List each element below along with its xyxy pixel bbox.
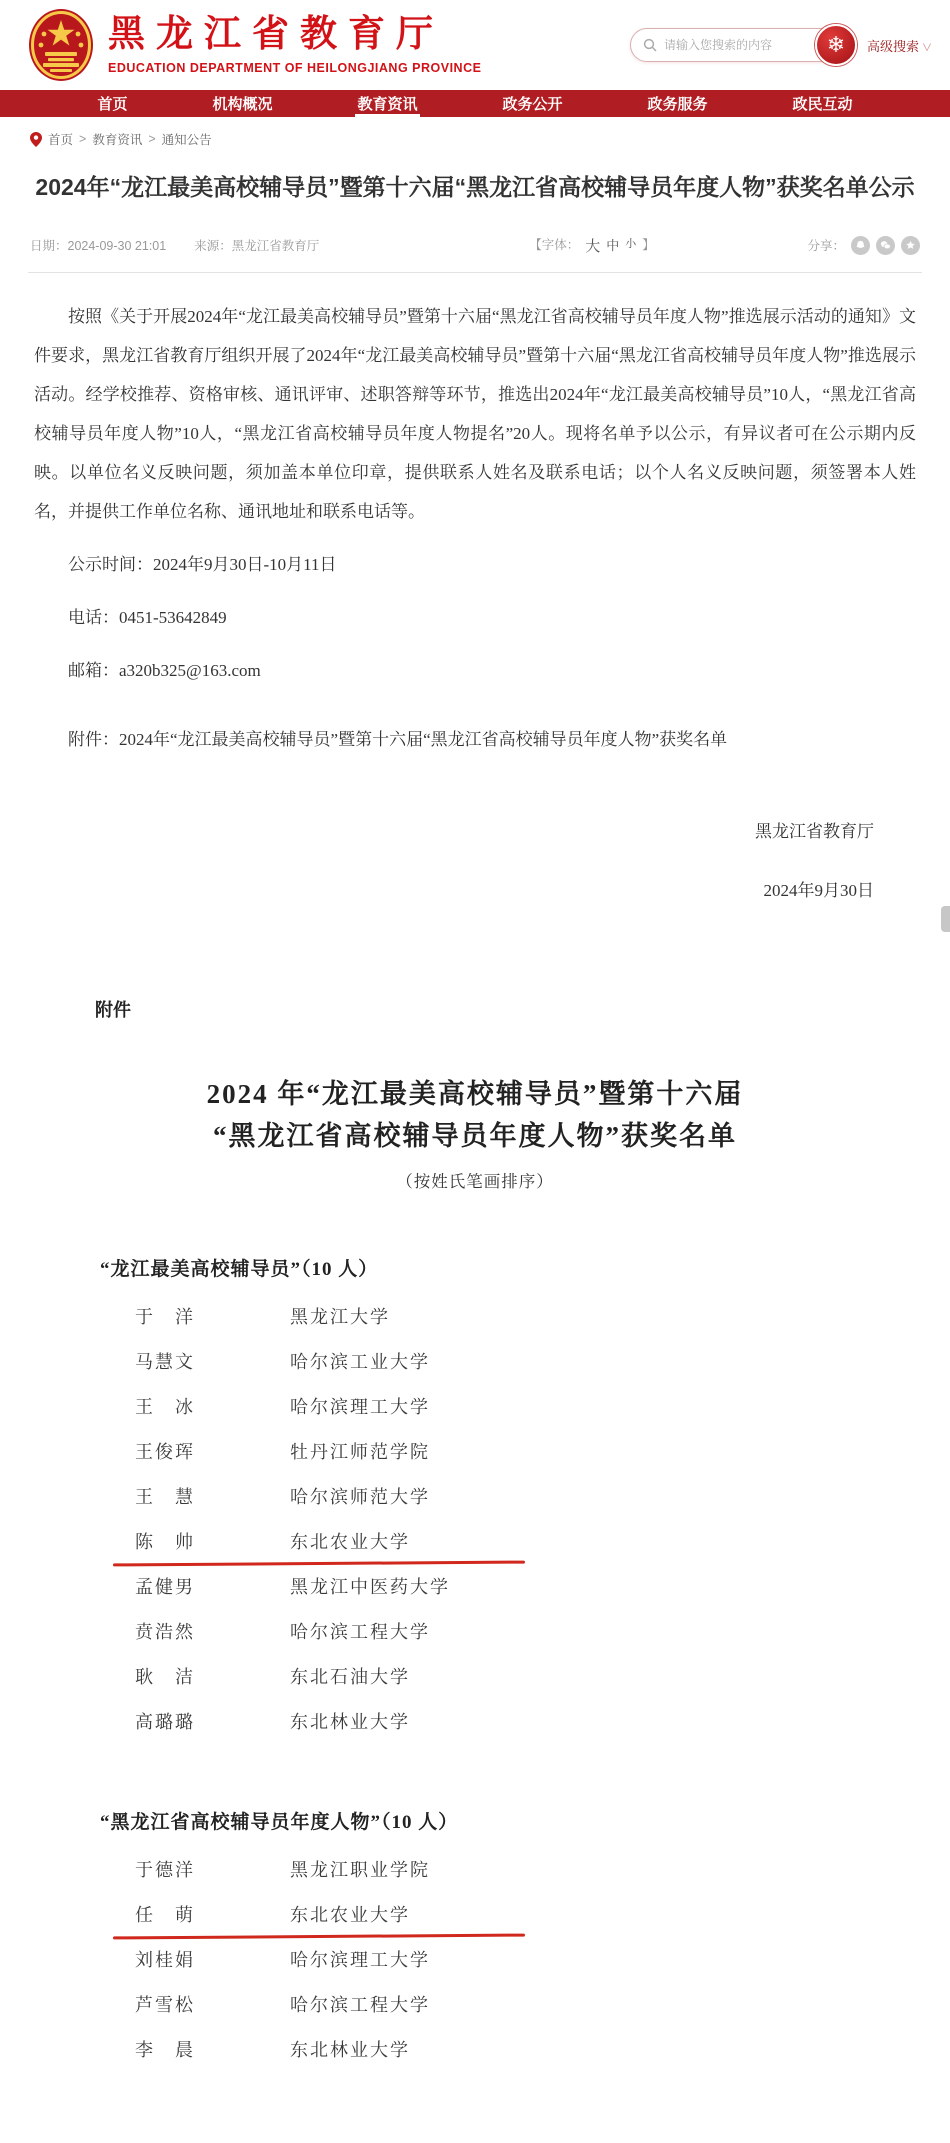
award-row: 于 洋黑龙江大学 bbox=[135, 1295, 950, 1340]
document-title-line1: 2024 年“龙江最美高校辅导员”暨第十六届 bbox=[0, 1074, 950, 1116]
article-source: 来源：黑龙江省教育厅 bbox=[194, 236, 319, 254]
award-row: 耿 洁东北石油大学 bbox=[135, 1655, 950, 1700]
breadcrumb-separator: > bbox=[79, 132, 86, 146]
publicity-period: 公示时间：2024年9月30日-10月11日 bbox=[34, 545, 916, 584]
attachment-link[interactable]: 附件：2024年“龙江最美高校辅导员”暨第十六届“黑龙江省高校辅导员年度人物”获… bbox=[34, 720, 916, 759]
award-row: 王 慧哈尔滨师范大学 bbox=[135, 1475, 950, 1520]
search-area: ❄ 高级搜索∨ bbox=[630, 24, 932, 66]
national-emblem-icon bbox=[28, 8, 94, 82]
award-row-highlighted: 陈 帅东北农业大学 bbox=[135, 1520, 950, 1565]
article-date: 日期：2024-09-30 21:01 bbox=[30, 236, 166, 254]
document-title-line2: “黑龙江省高校辅导员年度人物”获奖名单 bbox=[0, 1116, 950, 1158]
award-row: 李 晨东北林业大学 bbox=[135, 2028, 950, 2073]
award-list: 于德洋黑龙江职业学院 任 萌东北农业大学 刘桂娟哈尔滨理工大学 芦雪松哈尔滨工程… bbox=[135, 1848, 950, 2073]
share-qq-icon[interactable] bbox=[851, 236, 870, 255]
signature-date: 2024年9月30日 bbox=[0, 876, 874, 901]
awardee-org: 哈尔滨工业大学 bbox=[290, 1340, 430, 1385]
font-size-label-open: 【字体： bbox=[529, 235, 579, 256]
search-input[interactable] bbox=[664, 38, 806, 52]
nav-item-home[interactable]: 首页 bbox=[87, 90, 137, 117]
share-bar: 分享： bbox=[807, 236, 920, 255]
nav-item-gov-services[interactable]: 政务服务 bbox=[637, 90, 717, 117]
signature-block: 黑龙江省教育厅 2024年9月30日 bbox=[0, 817, 874, 901]
awardee-name: 高璐璐 bbox=[135, 1700, 290, 1745]
award-row: 于德洋黑龙江职业学院 bbox=[135, 1848, 950, 1893]
awardee-org: 东北农业大学 bbox=[290, 1520, 410, 1565]
nav-item-public-interaction[interactable]: 政民互动 bbox=[782, 90, 862, 117]
awardee-org: 东北农业大学 bbox=[290, 1893, 410, 1938]
breadcrumb-notices[interactable]: 通知公告 bbox=[162, 130, 212, 148]
nav-item-org-overview[interactable]: 机构概况 bbox=[202, 90, 282, 117]
contact-phone: 电话：0451-53642849 bbox=[34, 598, 916, 637]
document-title: 2024 年“龙江最美高校辅导员”暨第十六届 “黑龙江省高校辅导员年度人物”获奖… bbox=[0, 1074, 950, 1158]
article-body: 按照《关于开展2024年“龙江最美高校辅导员”暨第十六届“黑龙江省高校辅导员年度… bbox=[34, 297, 916, 760]
breadcrumb-home[interactable]: 首页 bbox=[48, 130, 73, 148]
breadcrumb-separator: > bbox=[148, 132, 155, 146]
awardee-name: 王 冰 bbox=[135, 1385, 290, 1430]
award-section-most-beautiful: “龙江最美高校辅导员”（10 人） 于 洋黑龙江大学 马慧文哈尔滨工业大学 王 … bbox=[0, 1254, 950, 1745]
article-meta: 日期：2024-09-30 21:01 来源：黑龙江省教育厅 【字体： 大 中 … bbox=[30, 235, 920, 256]
award-row: 高璐璐东北林业大学 bbox=[135, 1700, 950, 1745]
awardee-org: 哈尔滨工程大学 bbox=[290, 1610, 430, 1655]
awardee-name: 王俊珲 bbox=[135, 1430, 290, 1475]
site-logo: 黑龙江省教育厅 EDUCATION DEPARTMENT OF HEILONGJ… bbox=[28, 8, 481, 82]
awardee-org: 黑龙江中医药大学 bbox=[290, 1565, 450, 1610]
section-heading: “黑龙江省高校辅导员年度人物”（10 人） bbox=[100, 1807, 950, 1834]
awardee-name: 李 晨 bbox=[135, 2028, 290, 2073]
awardee-name: 任 萌 bbox=[135, 1893, 290, 1938]
location-pin-icon bbox=[30, 132, 42, 147]
document-subtitle: （按姓氏笔画排序） bbox=[0, 1168, 950, 1192]
awardee-org: 哈尔滨理工大学 bbox=[290, 1385, 430, 1430]
attachment-label: 附件 bbox=[95, 996, 950, 1022]
awardee-name: 贲浩然 bbox=[135, 1610, 290, 1655]
awardee-org: 东北林业大学 bbox=[290, 1700, 410, 1745]
chevron-down-icon: ∨ bbox=[922, 43, 932, 54]
advanced-search-label: 高级搜索 bbox=[867, 39, 919, 54]
contact-email: 邮箱：a320b325@163.com bbox=[34, 651, 916, 690]
awardee-org: 哈尔滨工程大学 bbox=[290, 1983, 430, 2028]
signature-org: 黑龙江省教育厅 bbox=[0, 817, 874, 842]
awardee-org: 黑龙江职业学院 bbox=[290, 1848, 430, 1893]
nav-item-gov-disclosure[interactable]: 政务公开 bbox=[492, 90, 572, 117]
award-row: 王俊珲牡丹江师范学院 bbox=[135, 1430, 950, 1475]
awardee-org: 哈尔滨理工大学 bbox=[290, 1938, 430, 1983]
font-size-small-button[interactable]: 小 bbox=[625, 235, 636, 256]
awardee-name: 芦雪松 bbox=[135, 1983, 290, 2028]
page-title: 2024年“龙江最美高校辅导员”暨第十六届“黑龙江省高校辅导员年度人物”获奖名单… bbox=[30, 166, 920, 209]
share-qzone-icon[interactable] bbox=[901, 236, 920, 255]
awardee-org: 牡丹江师范学院 bbox=[290, 1430, 430, 1475]
attachment-document: 附件 2024 年“龙江最美高校辅导员”暨第十六届 “黑龙江省高校辅导员年度人物… bbox=[0, 996, 950, 2143]
awardee-org: 黑龙江大学 bbox=[290, 1295, 390, 1340]
award-row: 芦雪松哈尔滨工程大学 bbox=[135, 1983, 950, 2028]
awardee-org: 哈尔滨师范大学 bbox=[290, 1475, 430, 1520]
award-row: 孟健男黑龙江中医药大学 bbox=[135, 1565, 950, 1610]
main-nav: 首页 机构概况 教育资讯 政务公开 政务服务 政民互动 bbox=[0, 90, 950, 117]
award-row: 马慧文哈尔滨工业大学 bbox=[135, 1340, 950, 1385]
share-wechat-icon[interactable] bbox=[876, 236, 895, 255]
site-subtitle: EDUCATION DEPARTMENT OF HEILONGJIANG PRO… bbox=[108, 61, 481, 75]
award-row: 贲浩然哈尔滨工程大学 bbox=[135, 1610, 950, 1655]
font-size-medium-button[interactable]: 中 bbox=[606, 235, 619, 256]
article-paragraph: 按照《关于开展2024年“龙江最美高校辅导员”暨第十六届“黑龙江省高校辅导员年度… bbox=[34, 297, 916, 532]
awardee-org: 东北石油大学 bbox=[290, 1655, 410, 1700]
awardee-name: 刘桂娟 bbox=[135, 1938, 290, 1983]
site-header: 黑龙江省教育厅 EDUCATION DEPARTMENT OF HEILONGJ… bbox=[0, 0, 950, 90]
breadcrumb-education-news[interactable]: 教育资讯 bbox=[92, 130, 142, 148]
search-icon bbox=[643, 38, 657, 52]
search-submit-button[interactable]: ❄ bbox=[815, 24, 857, 66]
breadcrumb: 首页 > 教育资讯 > 通知公告 bbox=[0, 117, 950, 152]
award-row-highlighted: 任 萌东北农业大学 bbox=[135, 1893, 950, 1938]
awardee-org: 东北林业大学 bbox=[290, 2028, 410, 2073]
awardee-name: 于德洋 bbox=[135, 1848, 290, 1893]
award-row: 刘桂娟哈尔滨理工大学 bbox=[135, 1938, 950, 1983]
nav-item-education-news[interactable]: 教育资讯 bbox=[347, 90, 427, 117]
section-heading: “龙江最美高校辅导员”（10 人） bbox=[100, 1254, 950, 1281]
awardee-name: 王 慧 bbox=[135, 1475, 290, 1520]
awardee-name: 孟健男 bbox=[135, 1565, 290, 1610]
font-size-large-button[interactable]: 大 bbox=[585, 235, 600, 256]
awardee-name: 马慧文 bbox=[135, 1340, 290, 1385]
share-label: 分享： bbox=[807, 236, 845, 254]
font-size-controls: 【字体： 大 中 小 】 bbox=[529, 235, 655, 256]
awardee-name: 陈 帅 bbox=[135, 1520, 290, 1565]
font-size-label-close: 】 bbox=[642, 235, 655, 256]
search-box[interactable] bbox=[630, 28, 845, 62]
floating-side-widget[interactable] bbox=[941, 906, 950, 932]
award-list: 于 洋黑龙江大学 马慧文哈尔滨工业大学 王 冰哈尔滨理工大学 王俊珲牡丹江师范学… bbox=[135, 1295, 950, 1745]
award-row: 王 冰哈尔滨理工大学 bbox=[135, 1385, 950, 1430]
meta-divider bbox=[28, 272, 922, 273]
awardee-name: 于 洋 bbox=[135, 1295, 290, 1340]
advanced-search-link[interactable]: 高级搜索∨ bbox=[867, 36, 932, 55]
site-title: 黑龙江省教育厅 bbox=[108, 15, 481, 56]
award-section-person-of-year: “黑龙江省高校辅导员年度人物”（10 人） 于德洋黑龙江职业学院 任 萌东北农业… bbox=[0, 1807, 950, 2073]
awardee-name: 耿 洁 bbox=[135, 1655, 290, 1700]
